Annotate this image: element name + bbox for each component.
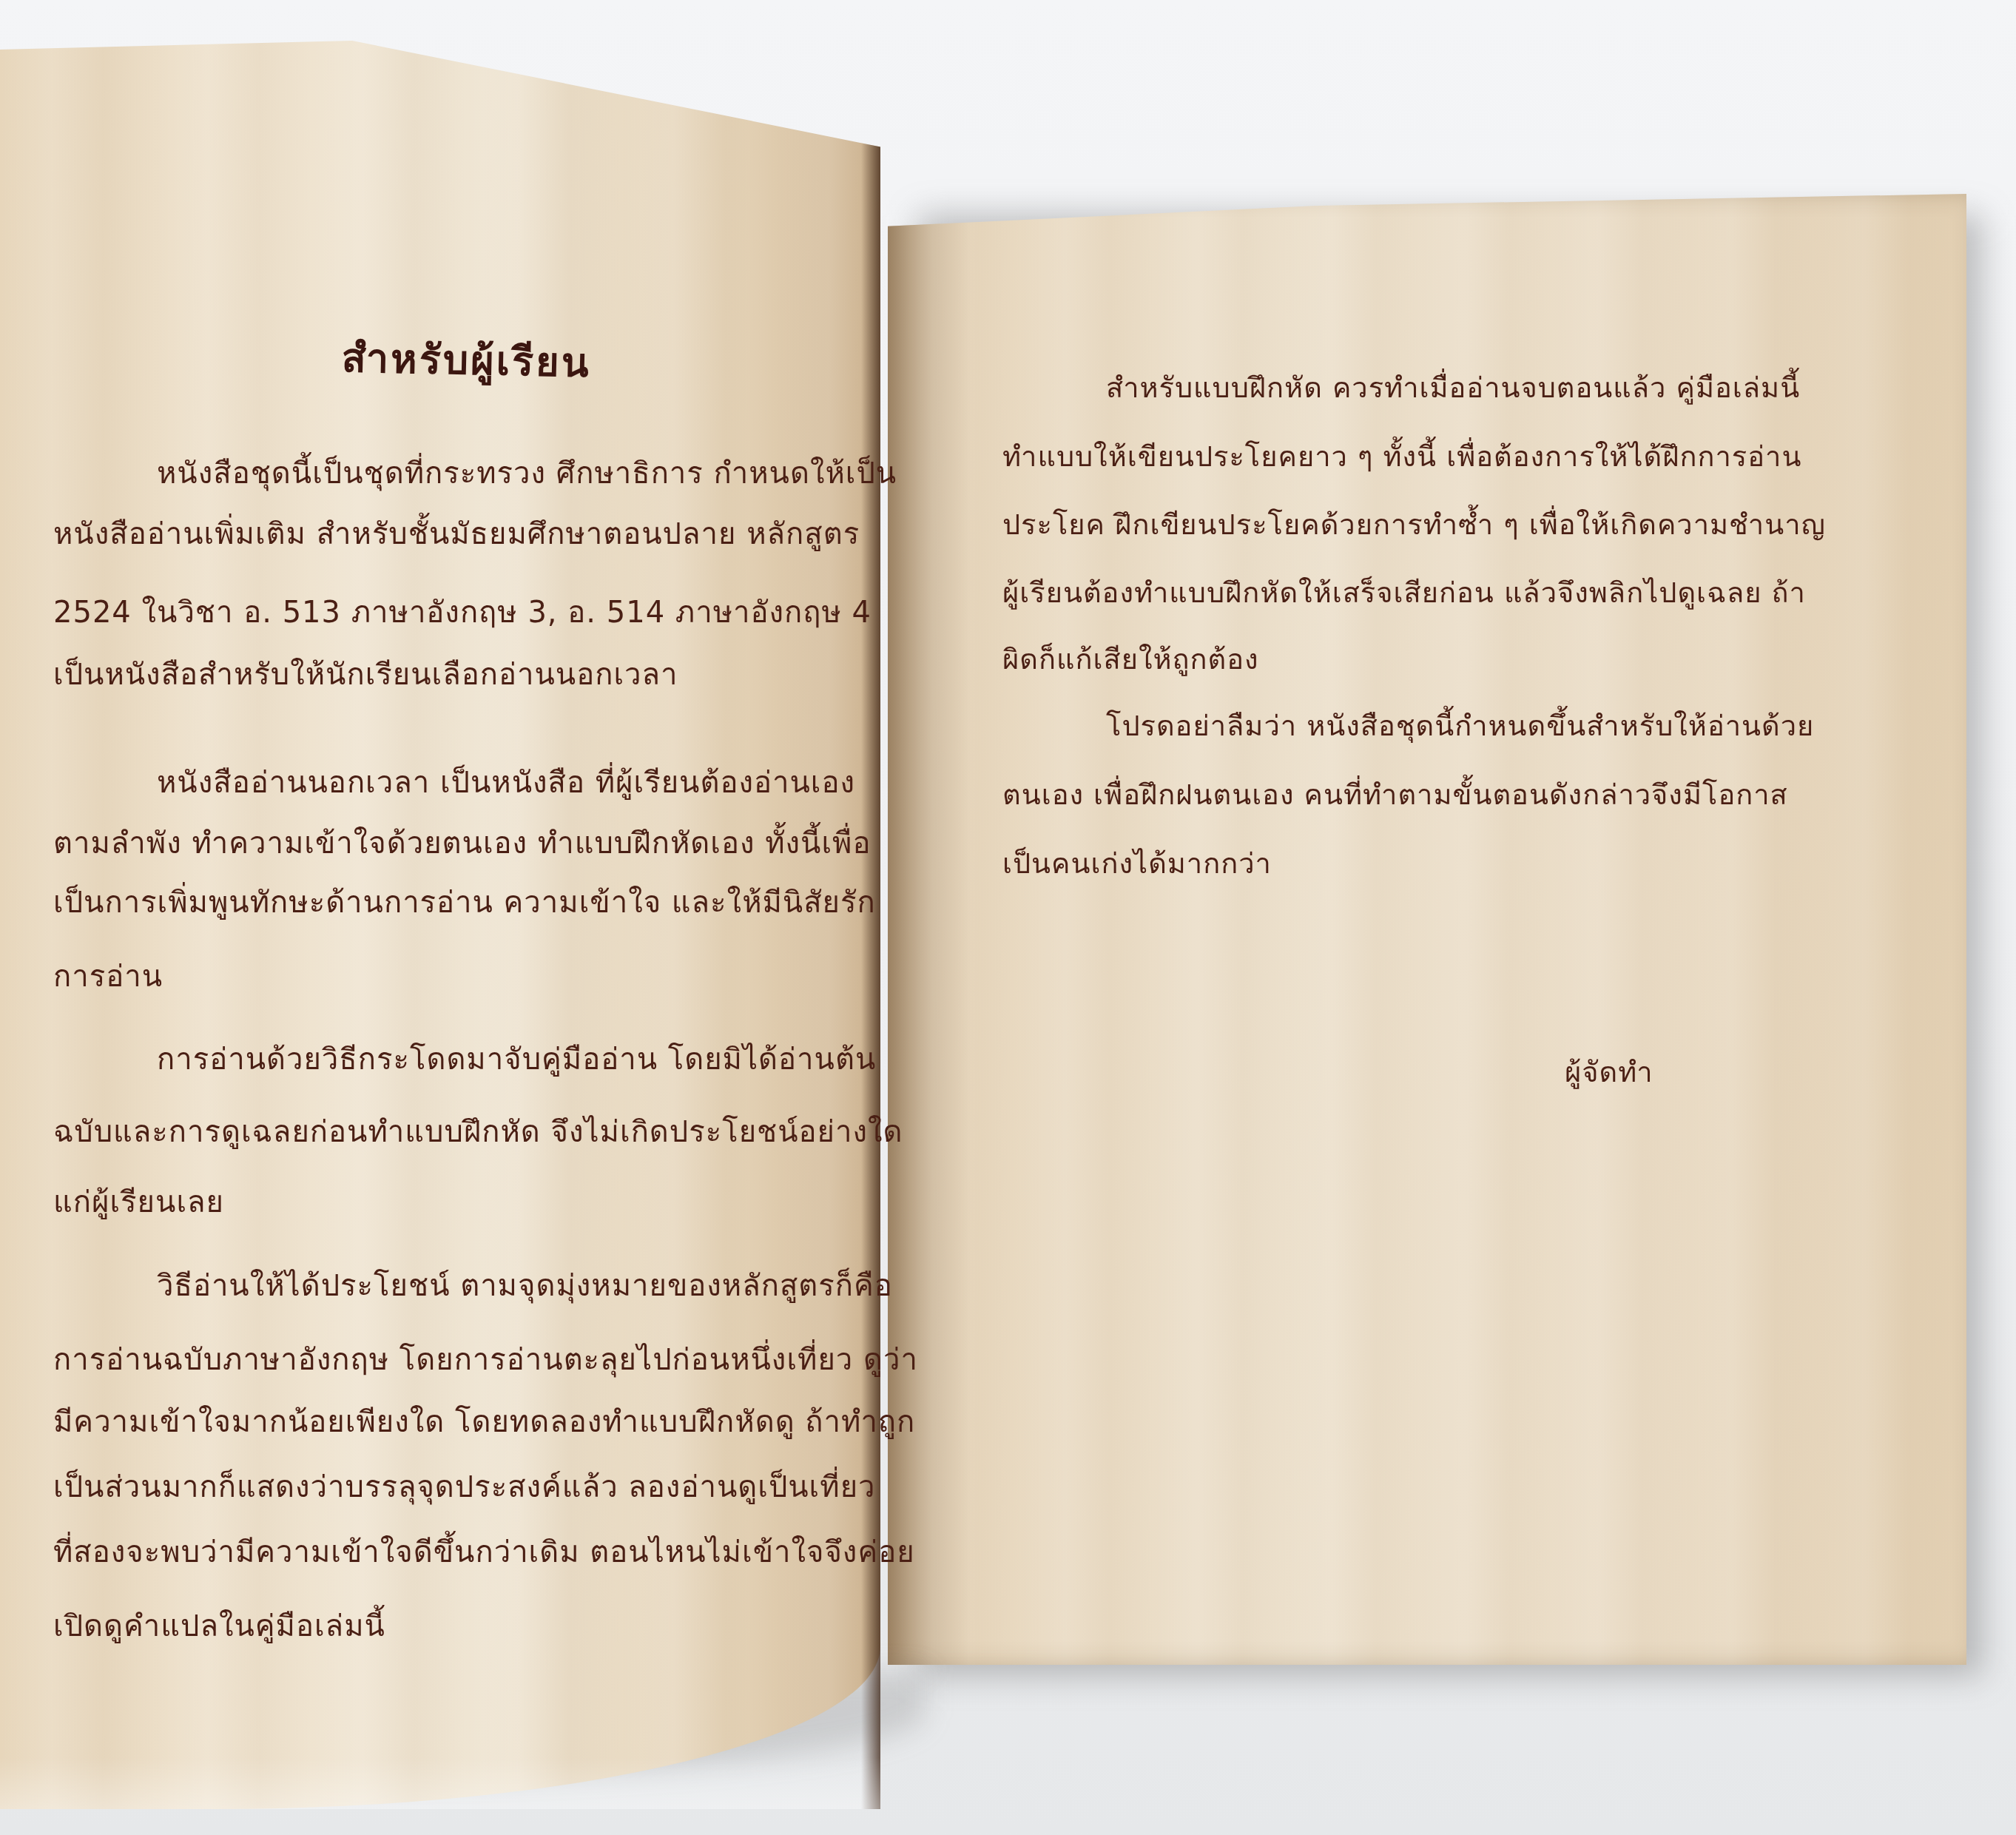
text-line: ที่สองจะพบว่ามีความเข้าใจดีขึ้นกว่าเดิม … bbox=[53, 1538, 889, 1567]
text-line: ตนเอง เพื่อฝึกฝนตนเอง คนที่ทำตามขั้นตอนด… bbox=[1002, 781, 1816, 809]
text-line: หนังสืออ่านนอกเวลา เป็นหนังสือ ที่ผู้เรี… bbox=[53, 768, 993, 798]
right-page bbox=[888, 194, 1966, 1665]
left-page-bottom-curl bbox=[0, 1757, 880, 1809]
text-line: ตามลำพัง ทำความเข้าใจด้วยตนเอง ทำแบบฝึกห… bbox=[53, 829, 889, 858]
text-line: การอ่านฉบับภาษาอังกฤษ โดยการอ่านตะลุยไปก… bbox=[53, 1345, 889, 1375]
text-line: หนังสืออ่านเพิ่มเติม สำหรับชั้นมัธยมศึกษ… bbox=[53, 519, 889, 549]
text-line: หนังสือชุดนี้เป็นชุดที่กระทรวง ศึกษาธิกา… bbox=[53, 459, 993, 488]
text-line: สำหรับแบบฝึกหัด ควรทำเมื่ออ่านจบตอนแล้ว … bbox=[1002, 374, 1920, 402]
photo-scene: สำหรับผู้เรียน หนังสือชุดนี้เป็นชุดที่กร… bbox=[0, 0, 2016, 1835]
text-line: เป็นหนังสือสำหรับให้นักเรียนเลือกอ่านนอก… bbox=[53, 660, 889, 690]
text-line: มีความเข้าใจมากน้อยเพียงใด โดยทดลองทำแบบ… bbox=[53, 1407, 889, 1437]
gutter-shadow bbox=[888, 194, 969, 1665]
text-line: โปรดอย่าลืมว่า หนังสือชุดนี้กำหนดขึ้นสำห… bbox=[1002, 712, 1920, 740]
text-line: เป็นการเพิ่มพูนทักษะด้านการอ่าน ความเข้า… bbox=[53, 888, 889, 917]
text-line: ทำแบบให้เขียนประโยคยาว ๆ ทั้งนี้ เพื่อต้… bbox=[1002, 442, 1816, 471]
text-line: ผู้เรียนต้องทำแบบฝึกหัดให้เสร็จเสียก่อน … bbox=[1002, 579, 1816, 607]
text-line: ประโยค ฝึกเขียนประโยคด้วยการทำซ้ำ ๆ เพื่… bbox=[1002, 511, 1816, 539]
text-line: วิธีอ่านให้ได้ประโยชน์ ตามจุดมุ่งหมายของ… bbox=[53, 1271, 993, 1301]
text-line: ฉบับและการดูเฉลยก่อนทำแบบฝึกหัด จึงไม่เก… bbox=[53, 1117, 889, 1147]
text-line: การอ่านด้วยวิธีกระโดดมาจับคู่มืออ่าน โดย… bbox=[53, 1045, 993, 1074]
text-line: เป็นคนเก่งได้มากกว่า bbox=[1002, 849, 1816, 878]
text-line: แก่ผู้เรียนเลย bbox=[53, 1188, 889, 1217]
text-line: เปิดดูคำแปลในคู่มือเล่มนี้ bbox=[53, 1612, 889, 1641]
author-signature: ผู้จัดทำ bbox=[1565, 1049, 1653, 1094]
text-line: เป็นส่วนมากก็แสดงว่าบรรลุจุดประสงค์แล้ว … bbox=[53, 1472, 889, 1502]
text-line: ผิดก็แก้เสียให้ถูกต้อง bbox=[1002, 645, 1816, 673]
text-line: 2524 ในวิชา อ. 513 ภาษาอังกฤษ 3, อ. 514 … bbox=[53, 598, 889, 627]
text-line: การอ่าน bbox=[53, 962, 889, 991]
page-title: สำหรับผู้เรียน bbox=[341, 326, 592, 394]
